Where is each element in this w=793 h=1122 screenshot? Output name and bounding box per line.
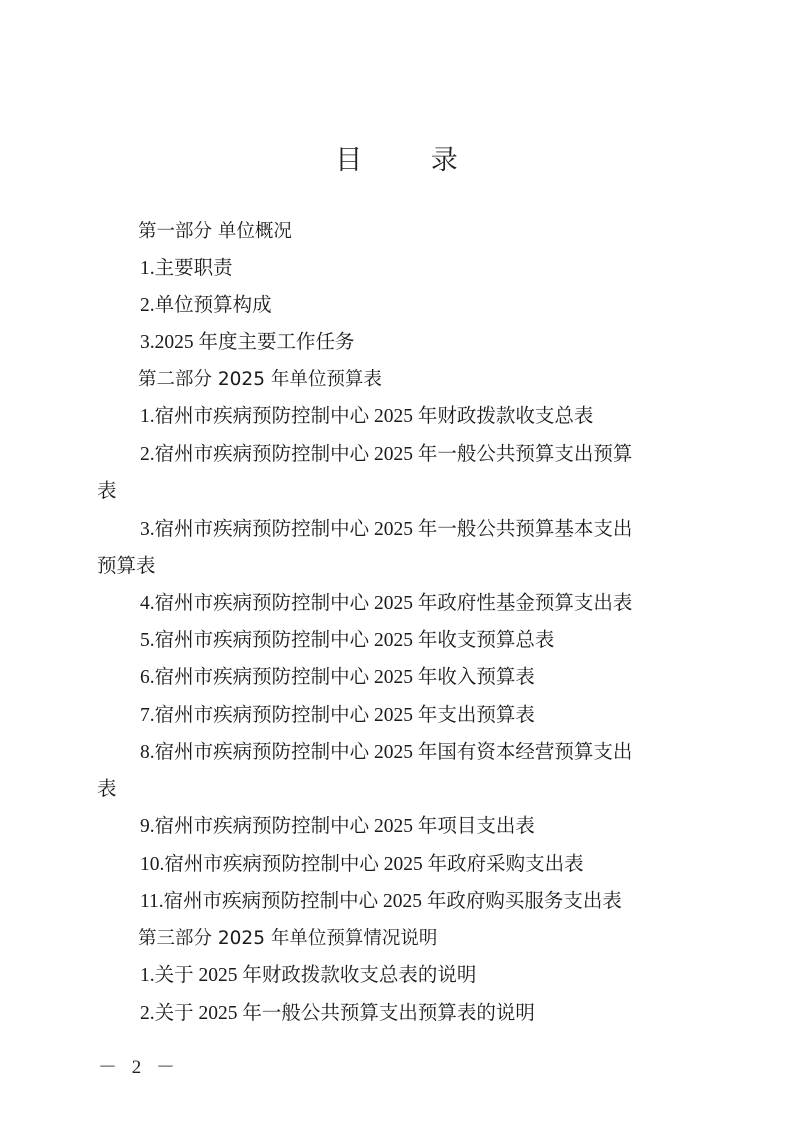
toc-item[interactable]: 2.宿州市疾病预防控制中心 2025 年一般公共预算支出预算 bbox=[140, 443, 632, 467]
page-number: － 2 － bbox=[98, 1052, 175, 1079]
toc-item[interactable]: 7.宿州市疾病预防控制中心 2025 年支出预算表 bbox=[140, 704, 535, 728]
toc-item[interactable]: 10.宿州市疾病预防控制中心 2025 年政府采购支出表 bbox=[140, 853, 584, 877]
toc-part-3[interactable]: 第三部分 2025 年单位预算情况说明 bbox=[138, 927, 437, 951]
toc-item[interactable]: 3.宿州市疾病预防控制中心 2025 年一般公共预算基本支出 bbox=[140, 518, 632, 542]
toc-item[interactable]: 4.宿州市疾病预防控制中心 2025 年政府性基金预算支出表 bbox=[140, 592, 632, 616]
toc-item[interactable]: 1.主要职责 bbox=[140, 257, 233, 281]
toc-part-2[interactable]: 第二部分 2025 年单位预算表 bbox=[138, 368, 382, 392]
toc-item[interactable]: 11.宿州市疾病预防控制中心 2025 年政府购买服务支出表 bbox=[140, 890, 622, 914]
toc-part-1[interactable]: 第一部分 单位概况 bbox=[138, 220, 292, 244]
toc-item[interactable]: 5.宿州市疾病预防控制中心 2025 年收支预算总表 bbox=[140, 629, 554, 653]
page-title: 目 录 bbox=[0, 138, 793, 177]
toc-item-continuation: 表 bbox=[97, 480, 117, 504]
toc-item[interactable]: 8.宿州市疾病预防控制中心 2025 年国有资本经营预算支出 bbox=[140, 741, 632, 765]
toc-item[interactable]: 2.单位预算构成 bbox=[140, 294, 272, 318]
toc-item-continuation: 预算表 bbox=[97, 555, 156, 579]
toc-item[interactable]: 9.宿州市疾病预防控制中心 2025 年项目支出表 bbox=[140, 815, 535, 839]
toc-item[interactable]: 2.关于 2025 年一般公共预算支出预算表的说明 bbox=[140, 1002, 535, 1026]
toc-item[interactable]: 1.宿州市疾病预防控制中心 2025 年财政拨款收支总表 bbox=[140, 405, 593, 429]
toc-item-continuation: 表 bbox=[97, 778, 117, 802]
toc-item[interactable]: 1.关于 2025 年财政拨款收支总表的说明 bbox=[140, 964, 476, 988]
toc-item[interactable]: 3.2025 年度主要工作任务 bbox=[140, 331, 355, 355]
toc-item[interactable]: 6.宿州市疾病预防控制中心 2025 年收入预算表 bbox=[140, 666, 535, 690]
